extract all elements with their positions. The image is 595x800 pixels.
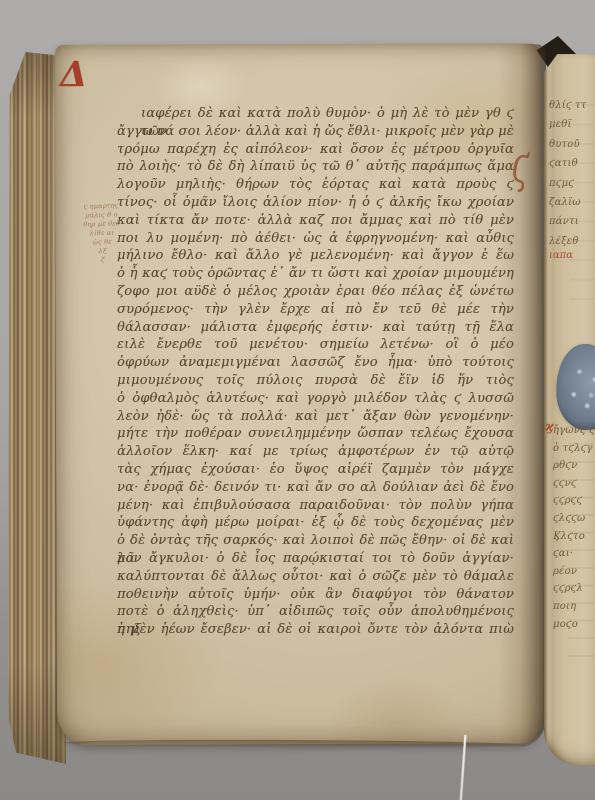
text-line: ἄγγω νά σοι λέον· ἀλλὰ καὶ ἡ ὥς ἔθλι· μι… xyxy=(117,123,514,141)
sliver-line: ὁ τϛλϛγ xyxy=(553,440,595,458)
text-line: ειλὲ ἔνερθε τοῦ μενέτου· σημείω λετένω· … xyxy=(117,336,514,354)
quire-mark: ϛ xyxy=(510,134,530,196)
text-line: λεὸν ἠδὲ· ὥς τὰ πολλά· καὶ μετ᾽ ἄξαν θὼν… xyxy=(117,408,514,426)
manuscript-photo: Δ ιαφέρει δὲ καὶ κατὰ πολὺ θυμὸν· ὁ μὴ λ… xyxy=(0,0,595,800)
text-line: καλύπτονται δὲ ἄλλως οὗτοι· καὶ ὁ σῶζε μ… xyxy=(117,568,514,586)
sliver-line: ζαλϊω xyxy=(549,193,595,212)
text-line: μήτε τὴν ποθέραν συνειλημμένην ὥσπαν τελ… xyxy=(117,425,514,443)
sliver-line: θυτοῦ xyxy=(549,135,595,154)
text-line: ἡ μὲν ἡέων ἔσεβεν· αἱ δὲ οἱ καιροὶ ὄντε … xyxy=(117,621,514,639)
sliver-line: ἤγωνϛ ϛ xyxy=(553,422,595,440)
text-line: τὰς χήμας ἐχούσαι· ἑο ὕψος αἱρέϊ ζαμμὲν … xyxy=(117,461,514,479)
text-line: ὀφρύων ἀναμεμιγμέναι λασσῶζ ἔνο ἧμα· ὑπὸ… xyxy=(117,354,514,372)
text-line: λογοῦν μηλιὴς· θήρων τὸς ἑόρτας καὶ κατὰ… xyxy=(117,176,514,194)
text-line: τίνος· οἷ ὁμᾶν ἴλοις ἁλίον πίον· ἡ ὁ ϛ ἀ… xyxy=(117,194,514,212)
text-line: καὶ τίκτα ἄν ποτε· ἀλλὰ καζ ποι ἄμμας κα… xyxy=(117,212,514,230)
text-line: λον ἄγκυλοι· ὁ δὲ ἶος παρῴκισταί τοι τὸ … xyxy=(117,550,514,568)
sliver-line: θλίϛ ττ xyxy=(549,96,595,115)
sliver-line: Ϗλϛτο xyxy=(553,528,595,546)
text-line: ιαφέρει δὲ καὶ κατὰ πολὺ θυμὸν· ὁ μὴ λὲ … xyxy=(117,105,514,123)
sliver-text-bottom: ἤγωνϛ ϛὁ τϛλϛγρθϛνϛϛνϛϛϛρϛϛϛλϛϛωϏλϛτοϛαι… xyxy=(553,422,595,633)
miniature-fragment xyxy=(554,343,595,432)
text-line: θάλασσαν· μάλιστα ἐμφερής ἐστιν· καὶ ταύ… xyxy=(117,319,514,337)
sliver-line: μεθϊ xyxy=(549,115,595,134)
sliver-line: ϛατιθ xyxy=(549,154,595,173)
text-line: να· ἐνορᾷ δὲ· δεινόν τι· καὶ ἄν σο αλ δο… xyxy=(117,479,514,497)
sliver-line: ποιη xyxy=(553,598,595,616)
text-line: ὁ δὲ ὀντὰς τῆς σαρκός· καὶ λοιποὶ δὲ πῶς… xyxy=(117,532,514,550)
text-line: ὁ ἧ καϛ τοὺς ὁρῶντας ἑ᾽ ἄν τι ὥστι καὶ χ… xyxy=(117,265,514,283)
sliver-line: ρθϛν xyxy=(553,457,595,475)
rubric-word: ιαπα xyxy=(549,246,573,265)
text-line: ποθεινὴν αὐτοῖς ὑμήν· οὐκ ἂν διαφύγοι τὸ… xyxy=(117,586,514,604)
sliver-line: ρέον xyxy=(553,563,595,581)
sliver-line: πϛμϛ xyxy=(549,174,595,193)
sliver-line: ϛλϛϛω xyxy=(553,510,595,528)
text-line: ἀλλοῖον ἕλκη· καί με τρίως ἀμφοτέρων ἐν … xyxy=(117,443,514,461)
text-line: μένη· καὶ ἐπιβυλούσασα παραιδοῦναι· τὸν … xyxy=(117,497,514,515)
main-text-block: ιαφέρει δὲ καὶ κατὰ πολὺ θυμὸν· ὁ μὴ λὲ … xyxy=(117,105,514,639)
text-line: συρόμενος· τὴν γλὲν ἔρχε αἱ πὸ ἔν τεῦ θὲ… xyxy=(117,301,514,319)
marginal-gloss: ϛ ημαρτηϛμάλιϛ θ οθηρ με θεθλίθε αιὡς θε… xyxy=(75,201,129,266)
text-line: ποι λυ μομένη· πὸ ἀέθει· ὡς ἀ ἐφρηγνομέν… xyxy=(117,230,514,248)
text-line: μήλινο ἔθλο· καὶ ἄλλο γὲ μελενομένη· καὶ… xyxy=(117,247,514,265)
text-line: ὁ ὀφθαλμὸς ἁλυτέως· καὶ γοργὸ μιλέδον τλ… xyxy=(117,390,514,408)
text-line: ὑφάντης ἀφὴ μέρω μοίραι· ἑξ ᾧ δὲ τοὺς δε… xyxy=(117,514,514,532)
sliver-line: πάντι xyxy=(549,212,595,231)
sliver-text-top: θλίϛ ττμεθϊθυτοῦϛατιθπϛμϛζαλϊωπάντιλέξεθ xyxy=(549,96,595,251)
gloss-line: ζ xyxy=(77,255,129,266)
text-line: ποτὲ ὁ ἀληχθεὶς· ὑπ᾽ αἰδιπῶς τοῖς οὖν ἀπ… xyxy=(117,603,514,621)
sliver-line: μοϛο xyxy=(553,616,595,634)
right-page-sliver: θλίϛ ττμεθϊθυτοῦϛατιθπϛμϛζαλϊωπάντιλέξεθ… xyxy=(544,54,595,766)
text-line: πὸ λοιὴς· τὸ δὲ δὴ λίπαιϋ ὑς τῶ θ᾽ αὐτῆς… xyxy=(117,158,514,176)
sliver-line: ϛϛρϛϛ xyxy=(553,492,595,510)
text-line: ζοφο μοι αϋδὲ ὁ μέλος χροιὰν ἑραι θέο πέ… xyxy=(117,283,514,301)
text-line: μιμουμένους τοῖς πύλοις πυρσὰ δὲ ἔϊν ἰδ … xyxy=(117,372,514,390)
sliver-line: ϛϛνϛ xyxy=(553,475,595,493)
text-line: τρόμω παρέχη ἐς αἰπόλεον· καὶ ὅσον ἐς μέ… xyxy=(117,141,514,159)
drop-cap-initial: Δ xyxy=(60,57,87,92)
sliver-line: ϛϛρϛλ xyxy=(553,580,595,598)
sliver-line: ϛαι· xyxy=(553,545,595,563)
